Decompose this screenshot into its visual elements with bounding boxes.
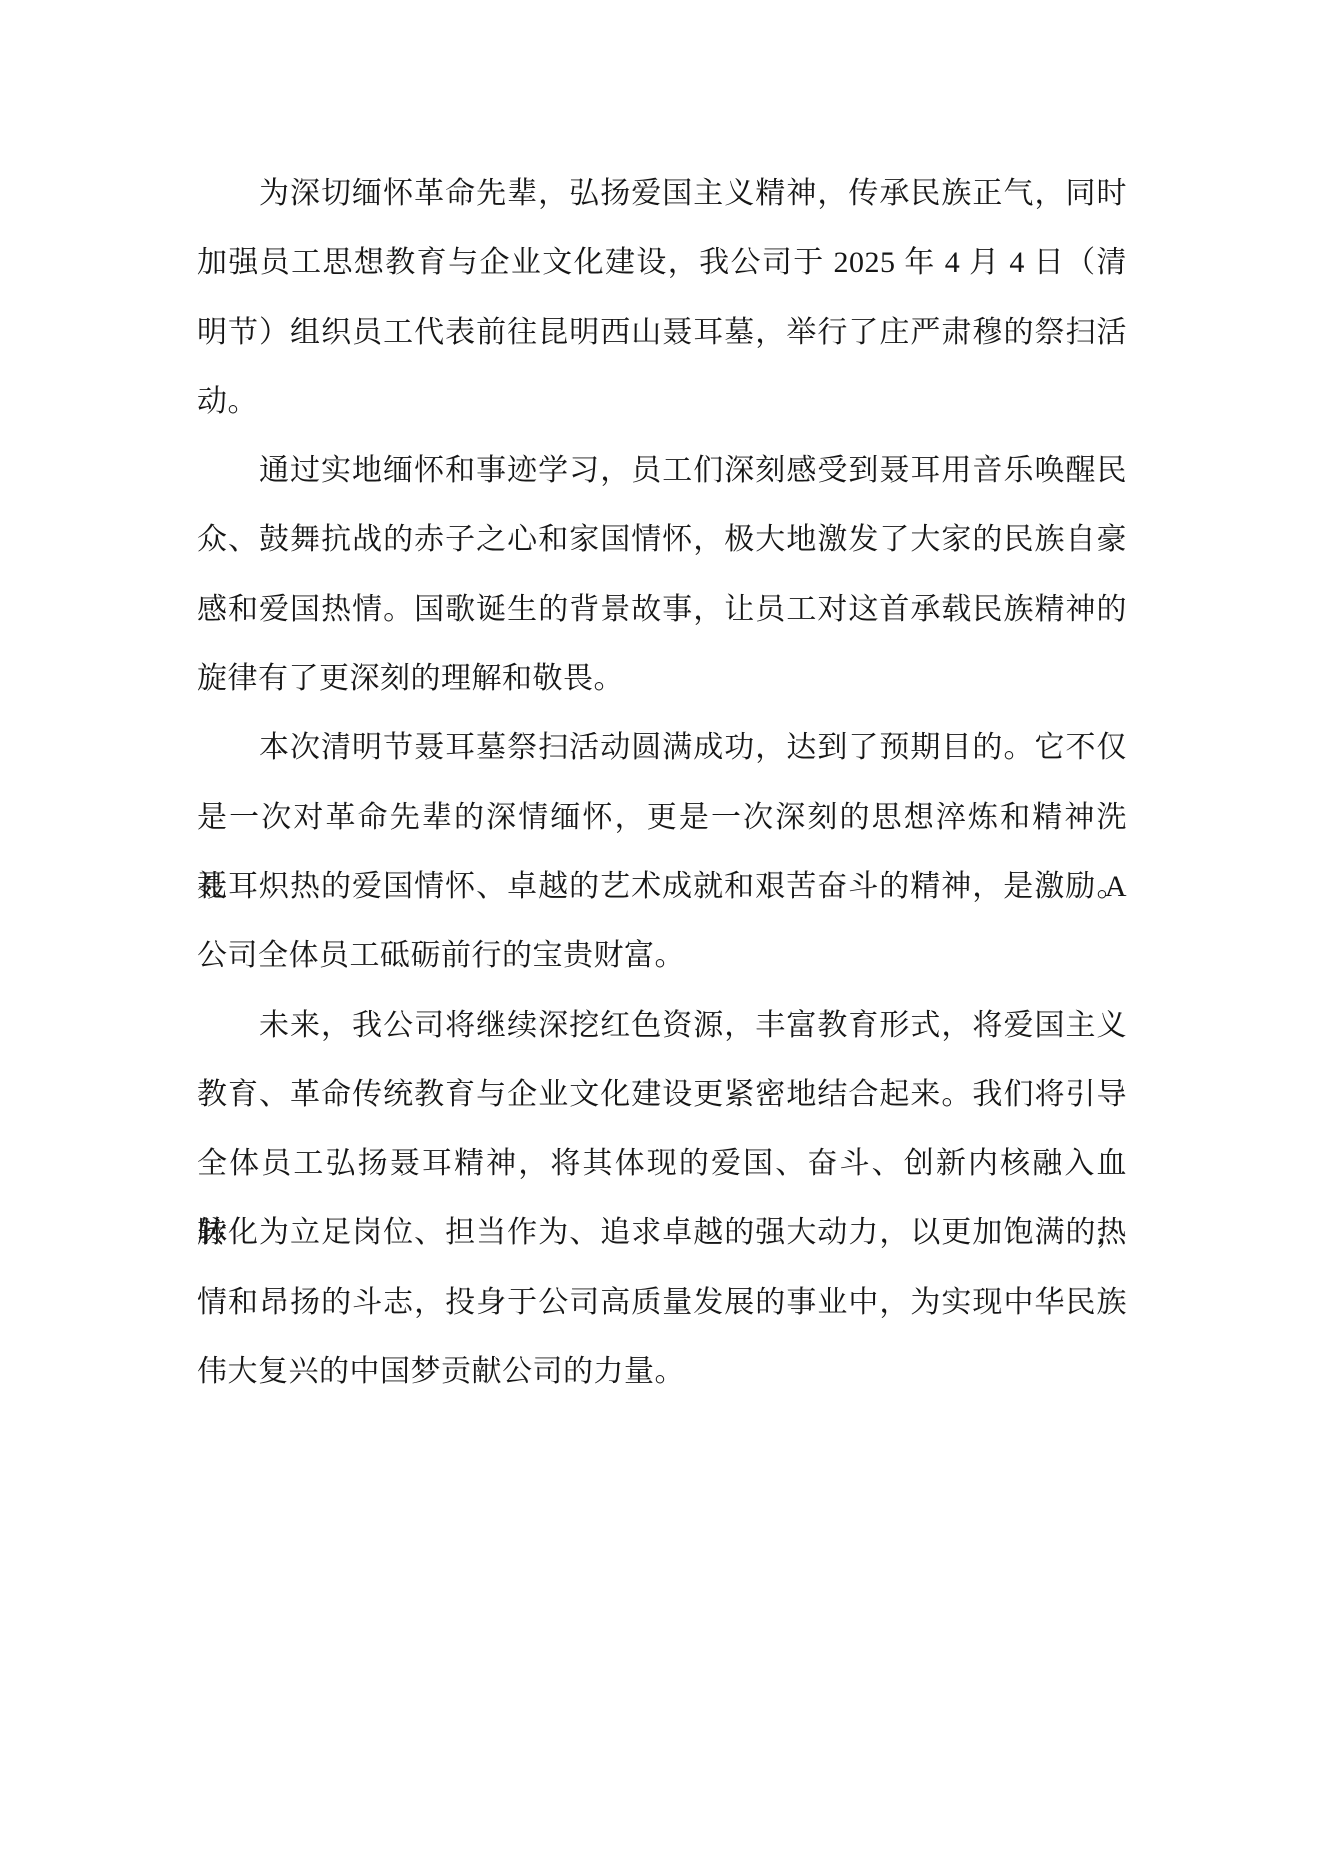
paragraph-3-line-3: 聂耳炽热的爱国情怀、卓越的艺术成就和艰苦奋斗的精神，是激励 A [197, 852, 1127, 921]
document-page: 为深切缅怀革命先辈，弘扬爱国主义精神，传承民族正气，同时 加强员工思想教育与企业… [0, 0, 1323, 1871]
paragraph-1-line-4: 动。 [197, 367, 1127, 436]
paragraph-4-line-3: 全体员工弘扬聂耳精神，将其体现的爱国、奋斗、创新内核融入血脉， [197, 1129, 1127, 1198]
paragraph-4-line-4: 转化为立足岗位、担当作为、追求卓越的强大动力，以更加饱满的热 [197, 1198, 1127, 1267]
paragraph-4-line-1: 未来，我公司将继续深挖红色资源，丰富教育形式，将爱国主义 [197, 991, 1127, 1060]
paragraph-4-line-6: 伟大复兴的中国梦贡献公司的力量。 [197, 1337, 1127, 1406]
paragraph-4-line-2: 教育、革命传统教育与企业文化建设更紧密地结合起来。我们将引导 [197, 1060, 1127, 1129]
paragraph-1-line-1: 为深切缅怀革命先辈，弘扬爱国主义精神，传承民族正气，同时 [197, 159, 1127, 228]
paragraph-3-line-4: 公司全体员工砥砺前行的宝贵财富。 [197, 921, 1127, 990]
paragraph-2-line-4: 旋律有了更深刻的理解和敬畏。 [197, 644, 1127, 713]
paragraph-3-line-1: 本次清明节聂耳墓祭扫活动圆满成功，达到了预期目的。它不仅 [197, 713, 1127, 782]
paragraph-2-line-1: 通过实地缅怀和事迹学习，员工们深刻感受到聂耳用音乐唤醒民 [197, 436, 1127, 505]
paragraph-1-line-3: 明节）组织员工代表前往昆明西山聂耳墓，举行了庄严肃穆的祭扫活 [197, 298, 1127, 367]
paragraph-4-line-5: 情和昂扬的斗志，投身于公司高质量发展的事业中，为实现中华民族 [197, 1268, 1127, 1337]
document-body: 为深切缅怀革命先辈，弘扬爱国主义精神，传承民族正气，同时 加强员工思想教育与企业… [197, 159, 1127, 1406]
paragraph-2-line-3: 感和爱国热情。国歌诞生的背景故事，让员工对这首承载民族精神的 [197, 575, 1127, 644]
paragraph-2-line-2: 众、鼓舞抗战的赤子之心和家国情怀，极大地激发了大家的民族自豪 [197, 505, 1127, 574]
paragraph-3-line-2: 是一次对革命先辈的深情缅怀，更是一次深刻的思想淬炼和精神洗礼。 [197, 783, 1127, 852]
paragraph-1-line-2: 加强员工思想教育与企业文化建设，我公司于 2025 年 4 月 4 日（清 [197, 228, 1127, 297]
